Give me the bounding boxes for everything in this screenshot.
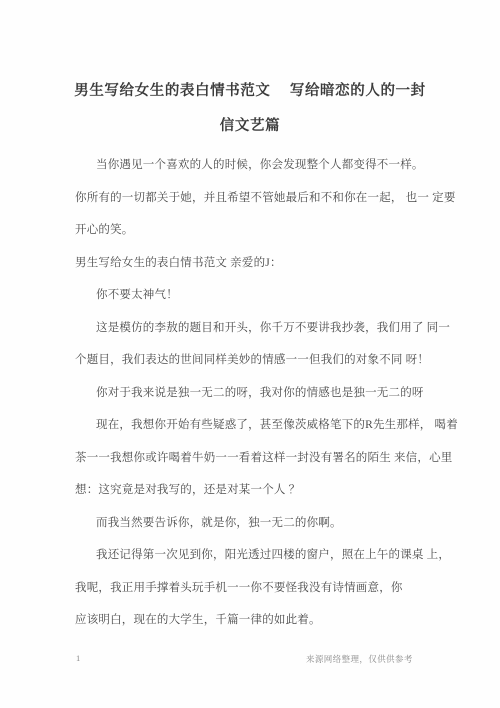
body-line: 男生写给女生的表白情书范文 亲爱的J： <box>75 247 435 280</box>
body-line: 你不要太神气！ <box>75 279 435 312</box>
document-page: 男生写给女生的表白情书范文 写给暗恋的人的一封 信文艺篇 当你遇见一个喜欢的人的… <box>0 0 500 708</box>
body-line: 我呢，我正用手撑着头玩手机一一你不要怪我没有诗情画意，你 <box>75 572 435 605</box>
body-line: 当你遇见一个喜欢的人的时候，你会发现整个人都变得不一样。 <box>75 149 435 182</box>
body-line: 茶一一我想你或许喝着牛奶一一看着这样一封没有署名的陌生 来信，心里 <box>75 442 435 475</box>
document-title: 男生写给女生的表白情书范文 写给暗恋的人的一封 信文艺篇 <box>0 0 500 144</box>
source-note: 来源网络整理，仅供供参考 <box>306 653 413 665</box>
body-line: 个题目，我们表达的世间同样美妙的情感一一但我们的对象不同 呀！ <box>75 344 435 377</box>
body-line: 想：这究竟是对我写的，还是对某一个人 ？ <box>75 474 435 507</box>
body-line: 你对于我来说是独一无二的呀，我对你的情感也是独一无二的呀 <box>75 377 435 410</box>
page-number: 1 <box>76 653 80 663</box>
body-line: 现在，我想你开始有些疑惑了，甚至像茨威格笔下的R先生那样， 喝着 <box>75 409 435 442</box>
page-footer: 1 来源网络整理，仅供供参考 <box>0 653 500 667</box>
body-line: 你所有的一切都关于她，并且希望不管她最后和不和你在一起， 也一 定要 <box>75 182 435 215</box>
body-line: 开心的笑。 <box>75 214 435 247</box>
body-line: 而我当然要告诉你，就是你，独一无二的你啊。 <box>75 507 435 540</box>
title-line-2: 信文艺篇 <box>0 109 500 144</box>
title-line-1: 男生写给女生的表白情书范文 写给暗恋的人的一封 <box>0 74 500 109</box>
document-body: 当你遇见一个喜欢的人的时候，你会发现整个人都变得不一样。你所有的一切都关于她，并… <box>75 149 435 637</box>
body-line: 我还记得第一次见到你，阳光透过四楼的窗户，照在上午的课桌 上， <box>75 539 435 572</box>
body-line: 应该明白，现在的大学生，千篇一律的如此着。 <box>75 604 435 637</box>
body-line: 这是模仿的李敖的题目和开头，你千万不要讲我抄袭，我们用了 同一 <box>75 312 435 345</box>
